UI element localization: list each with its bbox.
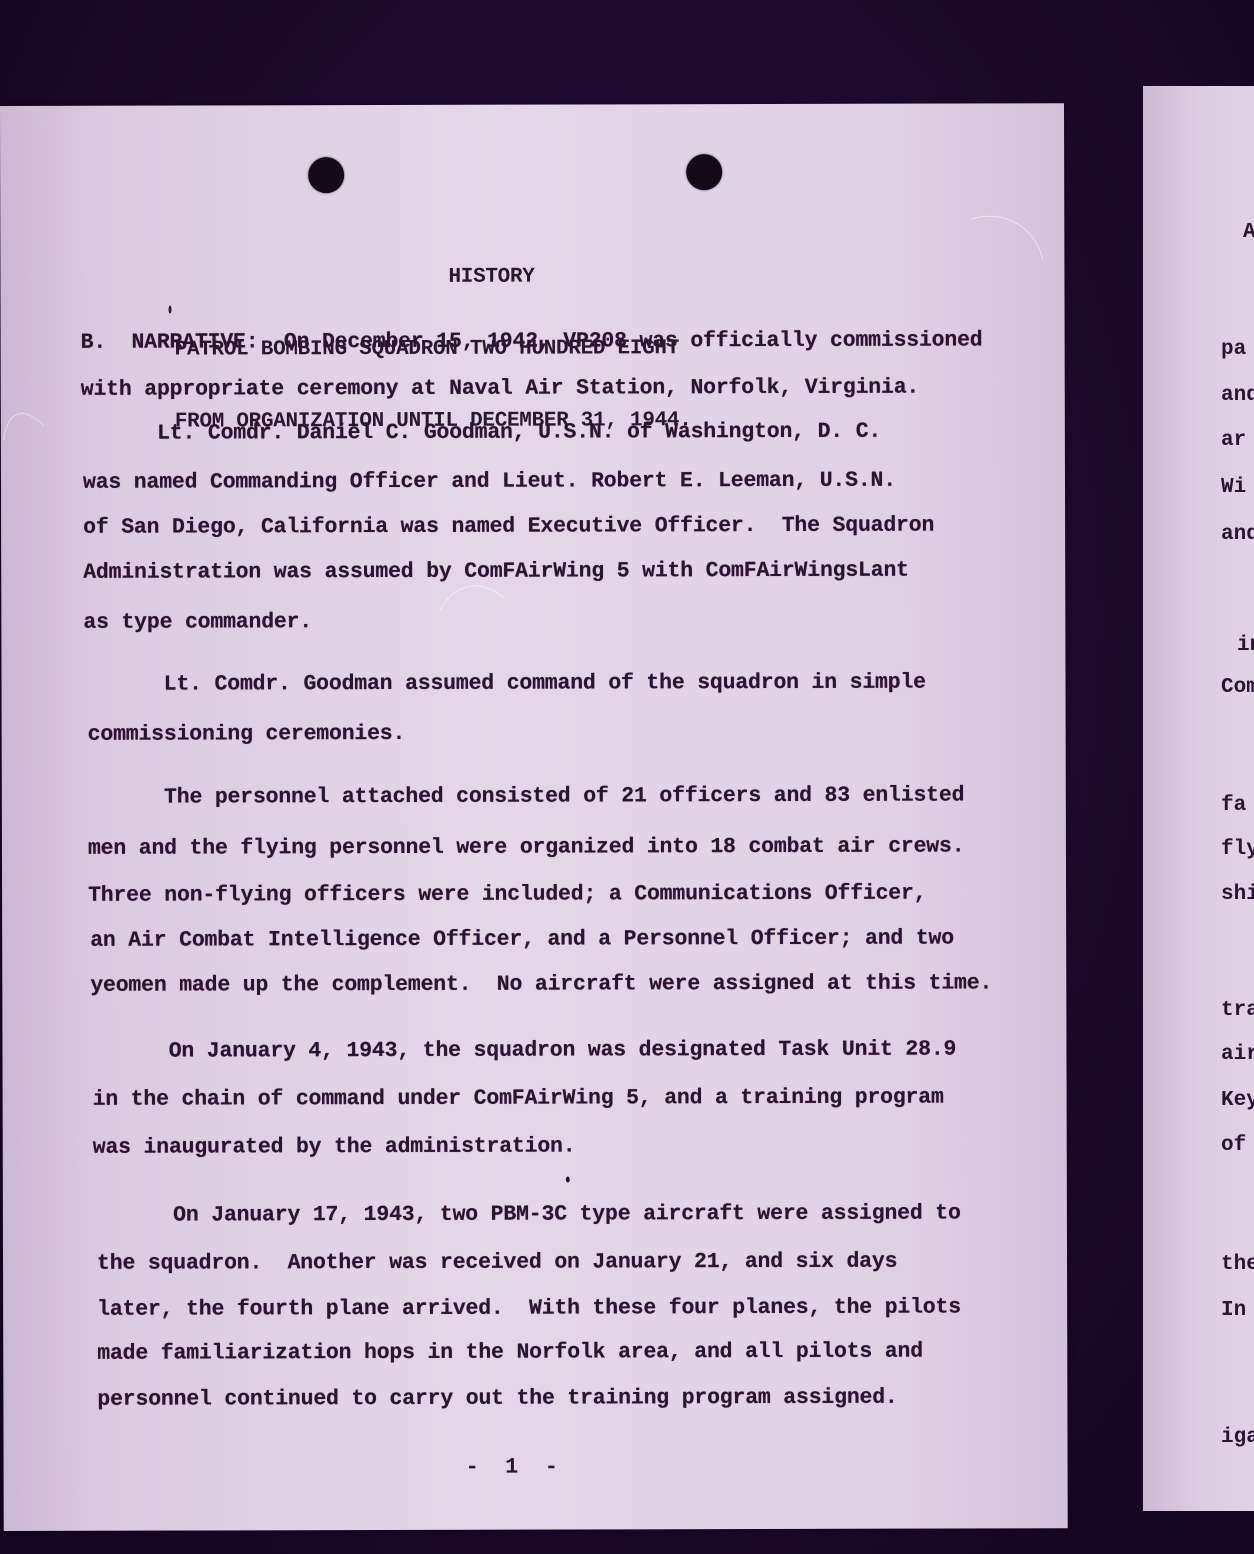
document-page: HISTORY PATROL BOMBING SQUADRON TWO HUND… bbox=[0, 103, 1068, 1531]
narrative-line: On January 4, 1943, the squadron was des… bbox=[92, 1037, 956, 1063]
adjacent-text-fragment: Com bbox=[1221, 676, 1254, 699]
adjacent-text-fragment: in bbox=[1237, 634, 1254, 657]
adjacent-text-fragment: tra bbox=[1221, 999, 1254, 1022]
narrative-line: yeomen made up the complement. No aircra… bbox=[90, 971, 992, 997]
narrative-line: was inaugurated by the administration. bbox=[93, 1134, 576, 1159]
adjacent-text-fragment: of bbox=[1221, 1134, 1246, 1157]
narrative-line: Lt. Comdr. Daniel C. Goodman, U.S.N. of … bbox=[81, 420, 881, 446]
narrative-line: made familiarization hops in the Norfolk… bbox=[97, 1340, 923, 1366]
ink-speck bbox=[566, 1177, 570, 1183]
narrative-line: On January 17, 1943, two PBM-3C type air… bbox=[97, 1201, 961, 1227]
narrative-line: B. NARRATIVE: On December 15, 1942, VP20… bbox=[81, 328, 983, 354]
adjacent-text-fragment: A bbox=[1243, 221, 1254, 244]
adjacent-text-fragment: and bbox=[1221, 523, 1254, 546]
adjacent-text-fragment: ar bbox=[1221, 429, 1246, 452]
page-number: - 1 - bbox=[466, 1455, 558, 1480]
adjacent-text-fragment: fa bbox=[1221, 794, 1246, 817]
narrative-line: men and the flying personnel were organi… bbox=[88, 834, 965, 860]
adjacent-text-fragment: the bbox=[1221, 1253, 1254, 1276]
adjacent-page: ApaandarWiandinComfaflyshitraairKeyofthe… bbox=[1143, 86, 1254, 1511]
narrative-line: in the chain of command under ComFAirWin… bbox=[93, 1086, 944, 1112]
narrative-line: commissioning ceremonies. bbox=[88, 722, 406, 747]
adjacent-text-fragment: shi bbox=[1221, 883, 1254, 906]
narrative-line: of San Diego, California was named Execu… bbox=[83, 514, 934, 540]
adjacent-text-fragment: and bbox=[1221, 384, 1254, 407]
adjacent-text-fragment: Key bbox=[1221, 1089, 1254, 1112]
narrative-line: the squadron. Another was received on Ja… bbox=[97, 1250, 897, 1276]
narrative-line: with appropriate ceremony at Naval Air S… bbox=[81, 376, 919, 402]
adjacent-text-fragment: In bbox=[1221, 1299, 1246, 1322]
narrative-line: The personnel attached consisted of 21 o… bbox=[88, 783, 965, 809]
adjacent-text-fragment: air bbox=[1221, 1043, 1254, 1066]
narrative-line: personnel continued to carry out the tra… bbox=[97, 1386, 897, 1412]
adjacent-text-fragment: iga bbox=[1221, 1426, 1254, 1449]
narrative-line: Three non-flying officers were included;… bbox=[88, 882, 926, 908]
punch-hole-right bbox=[686, 154, 722, 190]
ink-speck bbox=[169, 306, 172, 314]
narrative-line: later, the fourth plane arrived. With th… bbox=[97, 1295, 961, 1321]
punch-hole-left bbox=[308, 157, 344, 193]
header-title: HISTORY bbox=[174, 265, 691, 290]
adjacent-text-fragment: pa bbox=[1221, 338, 1246, 361]
narrative-line: an Air Combat Intelligence Officer, and … bbox=[90, 927, 954, 953]
narrative-line: Administration was assumed by ComFAirWin… bbox=[83, 559, 909, 585]
adjacent-text-fragment: Wi bbox=[1221, 476, 1246, 499]
narrative-line: was named Commanding Officer and Lieut. … bbox=[83, 469, 896, 495]
film-scratch bbox=[419, 577, 546, 745]
adjacent-text-fragment: fly bbox=[1221, 838, 1254, 861]
